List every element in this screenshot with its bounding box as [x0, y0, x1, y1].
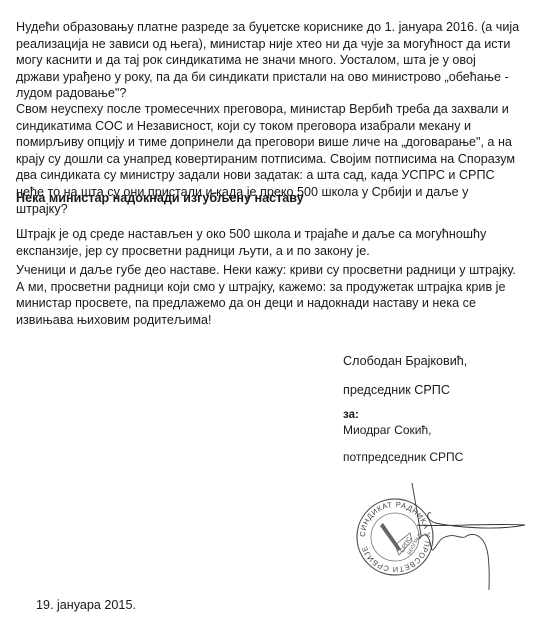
union-stamp-icon: СИНДИКАТ РАДНИКА У ПРОСВЕТИ СРБИЈЕ СРПС …	[357, 499, 433, 575]
signatory-name: Слободан Брајковић,	[343, 353, 467, 370]
stamp-and-signature: СИНДИКАТ РАДНИКА У ПРОСВЕТИ СРБИЈЕ СРПС …	[355, 475, 535, 590]
paragraph-salary-grades: Нудећи образовању платне разреде за буџе…	[16, 19, 521, 102]
signatory-title: председник СРПС	[343, 382, 450, 399]
letter-page: Нудећи образовању платне разреде за буџе…	[0, 0, 535, 632]
for-label: за:	[343, 409, 359, 422]
section-heading: Нека министар надокнади изгубљену настав…	[16, 190, 521, 207]
paragraph-students: Ученици и даље губе део наставе. Неки ка…	[16, 262, 521, 328]
deputy-title: потпредседник СРПС	[343, 449, 463, 466]
letter-date: 19. јануара 2015.	[36, 597, 136, 614]
paragraph-strike: Штрајк је од среде настављен у око 500 ш…	[16, 226, 521, 259]
deputy-name: Миодраг Сокић,	[343, 422, 431, 439]
